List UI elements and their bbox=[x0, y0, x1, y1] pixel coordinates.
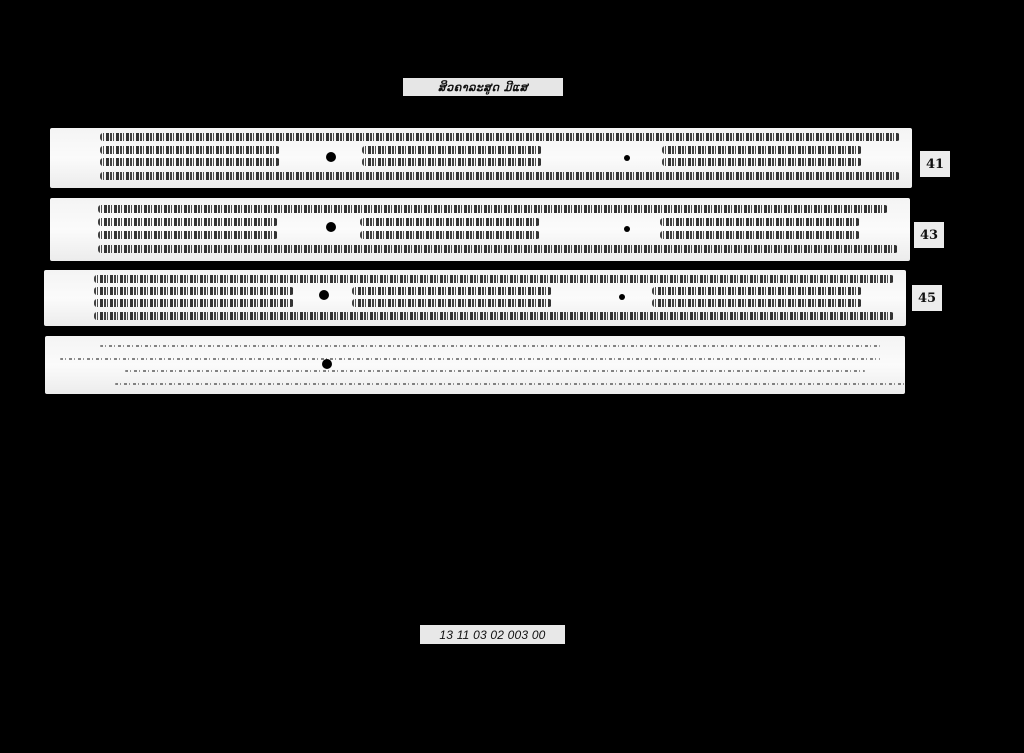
text-line bbox=[352, 299, 552, 307]
binding-hole-left bbox=[326, 152, 336, 162]
palm-leaf-page-2 bbox=[50, 198, 910, 261]
palm-leaf-page-1 bbox=[50, 128, 912, 188]
text-line bbox=[94, 299, 294, 307]
binding-hole-left bbox=[322, 359, 332, 369]
binding-hole-left bbox=[319, 290, 329, 300]
binding-hole-right bbox=[624, 155, 630, 161]
text-line bbox=[360, 218, 540, 226]
text-line bbox=[98, 231, 278, 239]
text-line bbox=[360, 231, 540, 239]
text-line bbox=[652, 299, 862, 307]
text-line bbox=[100, 146, 280, 154]
text-line bbox=[100, 158, 280, 166]
text-line bbox=[98, 245, 898, 253]
text-line bbox=[98, 205, 888, 213]
text-line bbox=[94, 312, 894, 320]
binding-hole-left bbox=[326, 222, 336, 232]
palm-leaf-page-3 bbox=[44, 270, 906, 326]
text-line bbox=[662, 146, 862, 154]
text-line bbox=[660, 218, 860, 226]
catalog-number-label: 13 11 03 02 003 00 bbox=[420, 625, 565, 644]
faded-text-line bbox=[115, 383, 905, 385]
binding-hole-right bbox=[619, 294, 625, 300]
text-line bbox=[660, 231, 860, 239]
faded-text-line bbox=[125, 370, 865, 372]
text-line bbox=[98, 218, 278, 226]
text-line bbox=[662, 158, 862, 166]
page-number-tag: 41 bbox=[920, 151, 950, 177]
text-line bbox=[94, 275, 894, 283]
page-number-tag: 43 bbox=[914, 222, 944, 248]
text-line bbox=[100, 133, 900, 141]
manuscript-title-label: ສິວຄາລະສູດ ມີແສ bbox=[403, 78, 563, 96]
text-line bbox=[362, 146, 542, 154]
faded-text-line bbox=[60, 358, 880, 360]
page-number-tag: 45 bbox=[912, 285, 942, 311]
text-line bbox=[100, 172, 900, 180]
text-line bbox=[94, 287, 294, 295]
faded-text-line bbox=[100, 345, 880, 347]
text-line bbox=[652, 287, 862, 295]
text-line bbox=[362, 158, 542, 166]
text-line bbox=[352, 287, 552, 295]
binding-hole-right bbox=[624, 226, 630, 232]
palm-leaf-page-4-faded bbox=[45, 336, 905, 394]
